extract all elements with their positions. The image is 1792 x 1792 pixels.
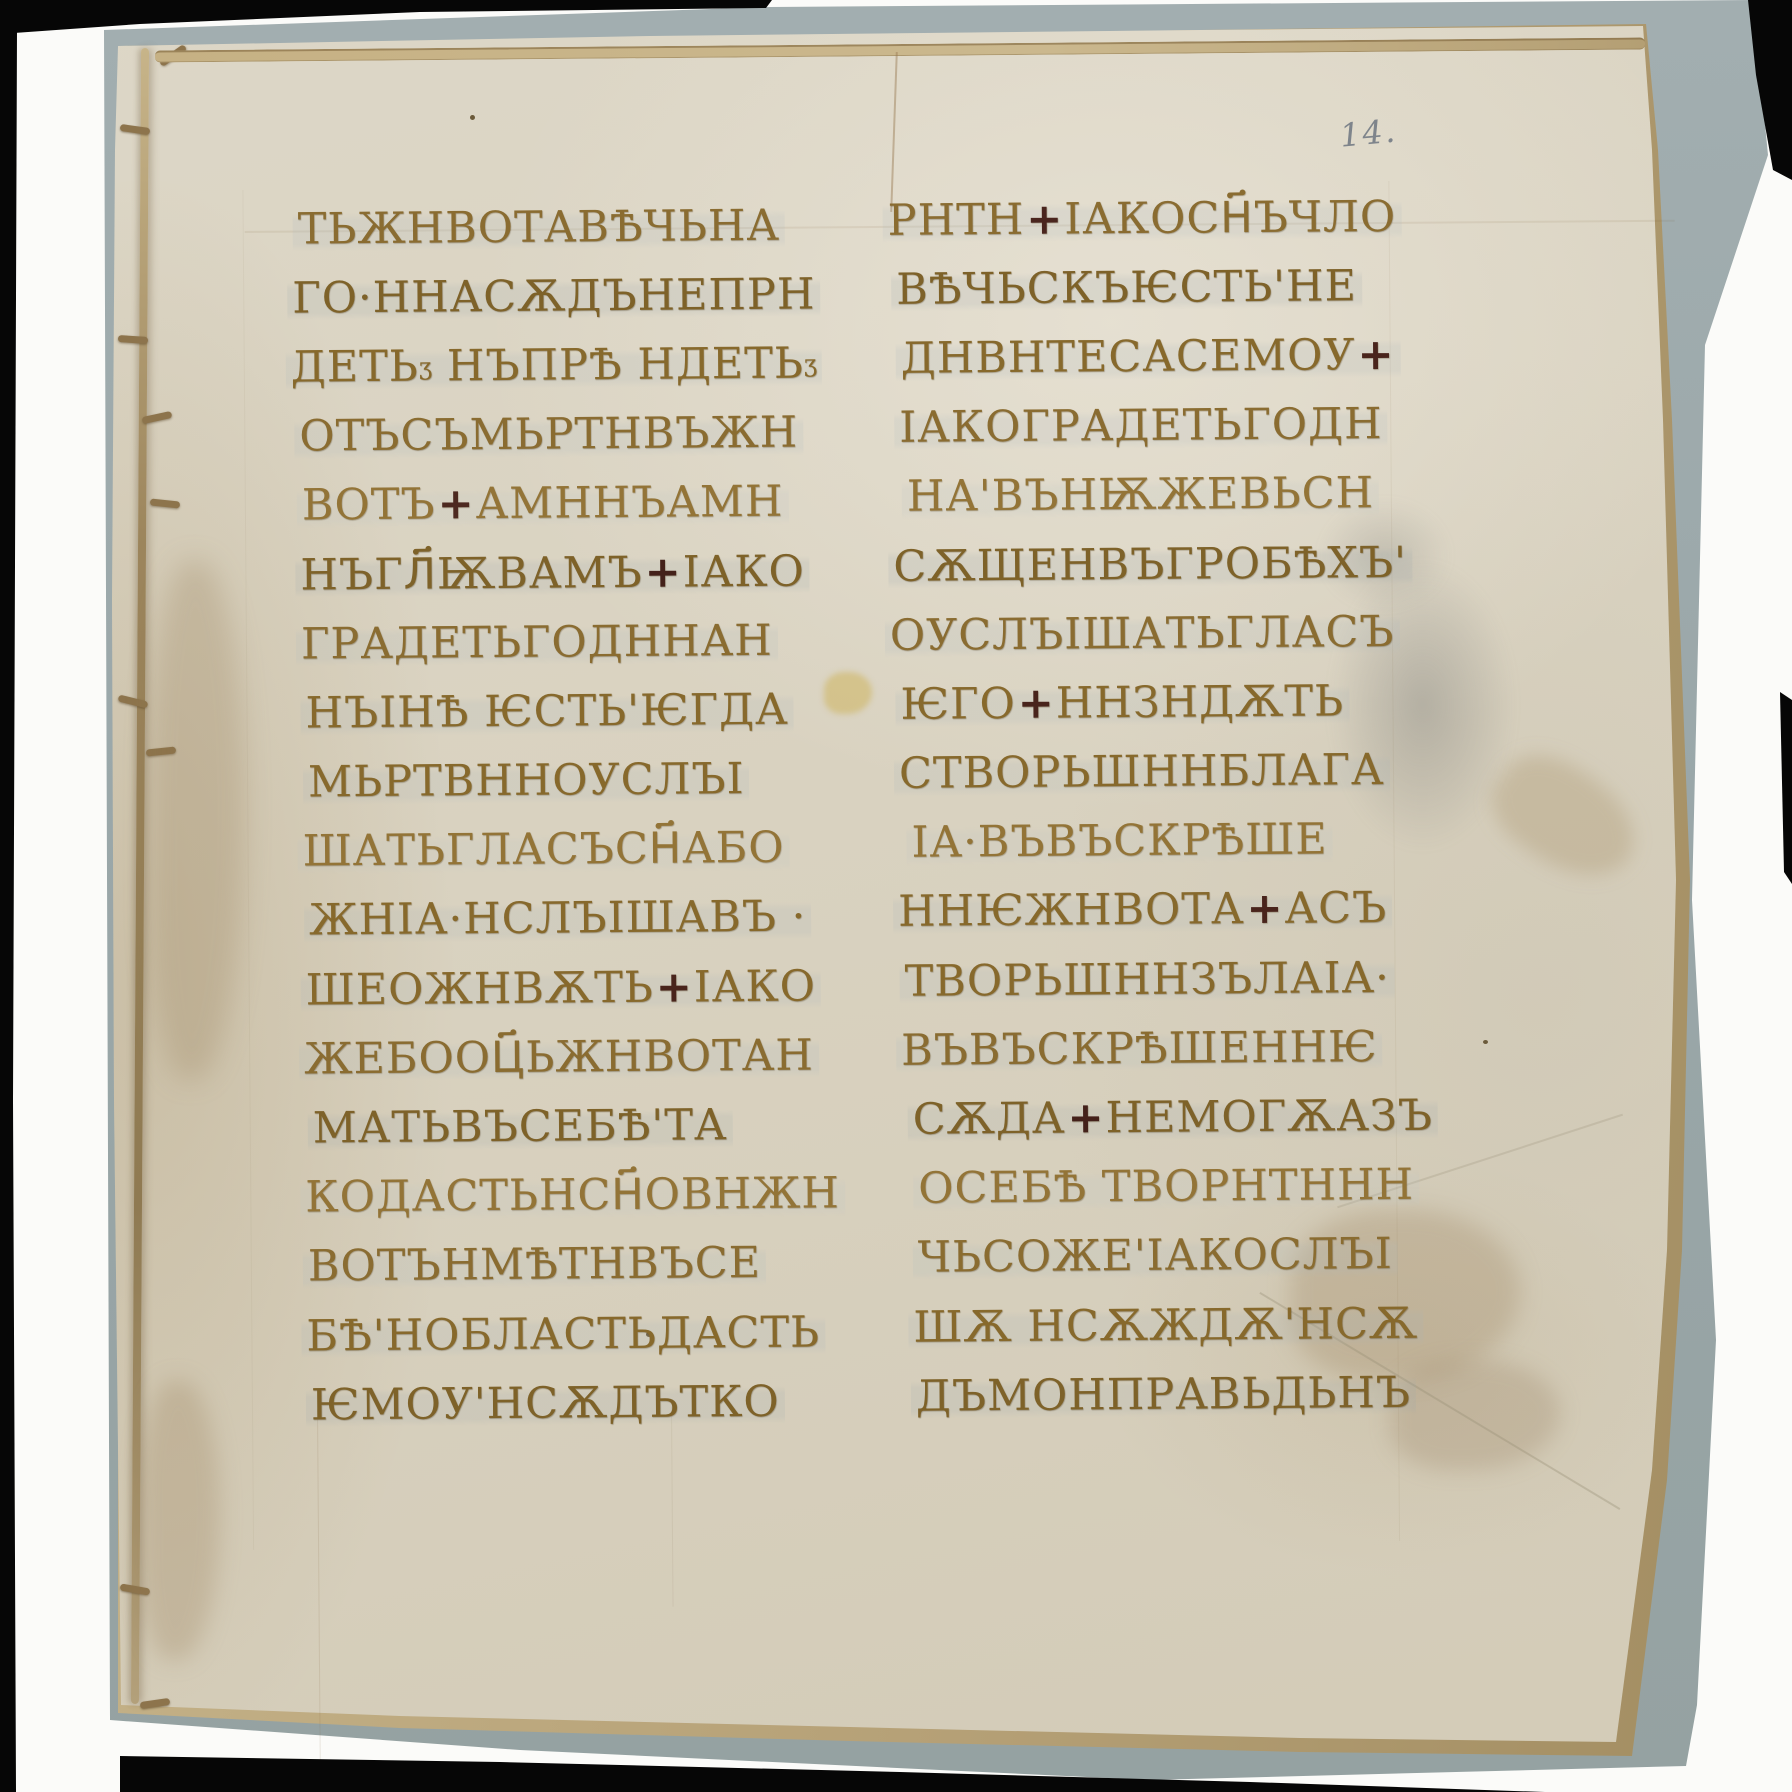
manuscript-line: СѪЩЕНВЪГРОБѢХЪ' (888, 528, 1412, 601)
manuscript-line: ОУСЛЪІШАТЬГЛАСЪ (885, 597, 1400, 670)
manuscript-line: РНТН+ІАКОСН҃ЪЧЛО (882, 182, 1401, 255)
manuscript-line: ОСЕБѢ ТВОРНТННН (913, 1150, 1419, 1223)
manuscript-line: ЧЬСОЖЕ'ІАКОСЛЪІ (913, 1220, 1398, 1293)
manuscript-line: ВОТЪ+АМННЪАМН (297, 467, 789, 540)
manuscript-line: КОДАСТЬНСН҃ОВНЖН (300, 1159, 845, 1232)
cross-mark: + (1065, 1093, 1105, 1143)
manuscript-line: ГО·ННАСѪДЪНЕПРН (287, 260, 821, 333)
manuscript-line: ГРАДЕТЬГОДННАН (296, 606, 778, 679)
manuscript-line: БѢ'НОБЛАСТЬДАСТЬ (301, 1297, 825, 1370)
manuscript-line: ШАТЬГЛАСЪСН҃АБО (297, 813, 789, 886)
manuscript-line: ЖНІА·НСЛЪІШАВЪ · (304, 882, 812, 955)
cross-mark: + (642, 547, 682, 597)
text-column-right: РНТН+ІАКОСН҃ЪЧЛОВѢЧЬСКЪѤСТЬ'НЕДНВНТЕСАСЕ… (887, 182, 1440, 1432)
manuscript-line: ОТЪСЪМЬРТНВЪЖН (294, 398, 803, 471)
superscript-zemlja: ӡ (804, 349, 818, 377)
cross-mark: + (435, 480, 475, 530)
manuscript-scan: 14. ТЬЖНВОТАВѢЧЬНАГО·ННАСѪДЪНЕПРНДЕТЬӡ Н… (0, 0, 1792, 1792)
folio-number: 14. (1338, 112, 1398, 155)
manuscript-line: ЖЕБООЦ҃ЬЖНВОТАН (299, 1021, 819, 1094)
manuscript-line: ШѪ НСѪЖДѪ'НСѪ (908, 1289, 1423, 1362)
manuscript-line: ВѢЧЬСКЪѤСТЬ'НЕ (891, 251, 1362, 324)
cross-mark: + (1244, 884, 1284, 934)
manuscript-line: ДНВНТЕСАСЕМОУ+ (895, 320, 1400, 393)
manuscript-line: ДЪМОНПРАВЬДЬНЪ (911, 1358, 1417, 1431)
manuscript-line: ТЬЖНВОТАВѢЧЬНА (292, 191, 785, 264)
cross-mark: + (1355, 330, 1395, 380)
ruling-line-vertical (242, 190, 254, 1550)
cross-mark: + (1016, 679, 1056, 729)
manuscript-line: ІАКОГРАДЕТЬГОДН (894, 390, 1388, 463)
cross-mark: + (1024, 194, 1064, 244)
ruling-line-vertical (317, 1409, 321, 1759)
manuscript-line: МАТЬВЪСЕБѢ'ТА (308, 1091, 733, 1164)
manuscript-line: ѤГО+ННЗНДѪТЬ (895, 667, 1349, 740)
manuscript-line: НЪІНѢ ѤСТЬ'ѤГДА (300, 675, 794, 748)
manuscript-line: ІА·ВЪВЪСКРѢШЕ (906, 805, 1333, 878)
manuscript-line: ТВОРЬШННЗЪЛАІА· (899, 943, 1395, 1016)
written-surface: 14. ТЬЖНВОТАВѢЧЬНАГО·ННАСѪДЪНЕПРНДЕТЬӡ Н… (0, 0, 1792, 1792)
text-column-left: ТЬЖНВОТАВѢЧЬНАГО·ННАСѪДЪНЕПРНДЕТЬӡ НЪПРѢ… (292, 190, 846, 1440)
cross-mark: + (654, 962, 694, 1012)
manuscript-line: МЬРТВННОУСЛЪІ (303, 745, 750, 818)
manuscript-line: НА'ВЪНѬЖЕВЬСН (902, 459, 1380, 532)
manuscript-line: ѤМОУ'НСѪДЪТКО (306, 1367, 785, 1440)
manuscript-line: ДЕТЬӡ НЪПРѢ НДЕТЬӡ (286, 329, 823, 402)
manuscript-line: НЪГЛ҃ѬВАМЪ+ІАКО (295, 536, 810, 609)
manuscript-line: ННѤЖНВОТА+АСЪ (893, 874, 1393, 947)
manuscript-line: СѪДА+НЕМОГѪАЗЪ (907, 1081, 1438, 1154)
manuscript-line: ВЪВЪСКРѢШЕННѤ (896, 1012, 1383, 1085)
manuscript-line: СТВОРЬШННБЛАГА (894, 735, 1390, 808)
manuscript-line: ШЕОЖНВѪТЬ+ІАКО (300, 952, 821, 1025)
superscript-zemlja: ӡ (419, 352, 433, 380)
manuscript-line: ВОТЪНМѢТНВЪСЕ (303, 1229, 767, 1302)
